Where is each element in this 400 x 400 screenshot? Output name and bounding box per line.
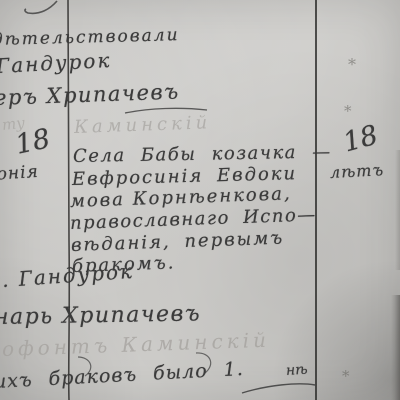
handwriting-month-fragment: юнія [0,162,39,185]
scan-edge-smudge-dark [391,295,400,400]
scan-edge-smudge-light [395,150,400,270]
handwriting-total-superscript: нѣ [285,362,308,379]
pencil-note-1: Каминскій [74,112,212,138]
handwriting-witness-line: дѣтельствовали [0,25,180,50]
ink-flourish-top-left [25,1,57,13]
scanned-register-page: дѣтельствовали Гандурок еръ Хрипачевъ ту… [0,0,400,400]
handwriting-surname-1: Гандурок [0,48,112,78]
handwriting-day-number: 18 [13,123,53,160]
pencil-note-2: офонтъ Каминскій [2,328,271,361]
total-underline-swash [242,384,315,393]
faint-asterisk-mark-1: * [348,55,356,74]
handwriting-age-number: 18 [340,120,381,159]
handwriting-signature-1: еръ Хрипачевъ [0,80,180,110]
faint-asterisk-mark-2: * [344,102,352,120]
handwriting-age-unit: лѣтъ [330,160,385,182]
handwriting-total-line: ихъ браковъ было 1. [0,358,244,393]
faint-asterisk-mark-3: * [342,367,350,385]
handwriting-surname-2: . Гандурок [1,259,134,292]
handwriting-signature-2: нарь Хрипачевъ [0,301,201,330]
